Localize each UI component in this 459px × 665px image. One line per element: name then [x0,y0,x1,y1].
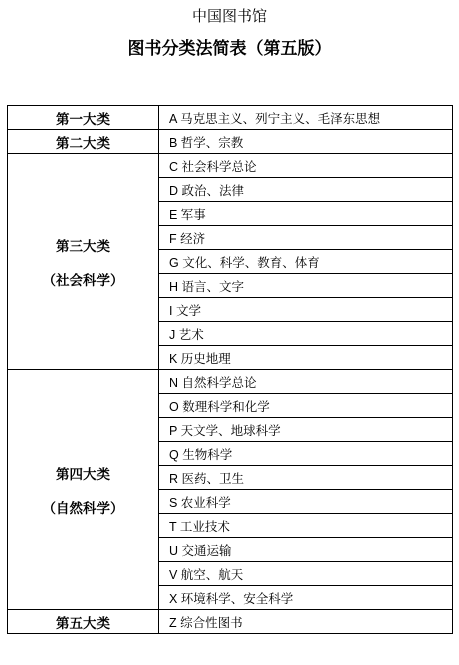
page-subtitle: 图书分类法简表（第五版） [0,39,459,59]
category-cell-group1: 第一大类 [8,106,159,130]
class-cell-F: F 经济 [159,226,453,250]
class-cell-U: U 交通运输 [159,538,453,562]
document-page: 中国图书馆 图书分类法简表（第五版） 第一大类 A 马克思主义、列宁主义、毛泽东… [0,8,459,665]
class-cell-Z: Z 综合性图书 [159,610,453,634]
class-cell-H: H 语言、文字 [159,274,453,298]
category-cell-group4: 第四大类 （自然科学） [8,370,159,610]
class-cell-T: T 工业技术 [159,514,453,538]
class-cell-Q: Q 生物科学 [159,442,453,466]
class-cell-J: J 艺术 [159,322,453,346]
category-sublabel: （自然科学） [8,497,158,517]
category-cell-group2: 第二大类 [8,130,159,154]
table-row: 第三大类 （社会科学） C 社会科学总论 [8,154,453,178]
category-cell-group5: 第五大类 [8,610,159,634]
class-cell-S: S 农业科学 [159,490,453,514]
class-cell-E: E 军事 [159,202,453,226]
category-label: 第一大类 [8,108,158,128]
category-cell-group3: 第三大类 （社会科学） [8,154,159,370]
class-cell-N: N 自然科学总论 [159,370,453,394]
class-cell-P: P 天文学、地球科学 [159,418,453,442]
class-cell-O: O 数理科学和化学 [159,394,453,418]
class-cell-A: A 马克思主义、列宁主义、毛泽东思想 [159,106,453,130]
class-cell-C: C 社会科学总论 [159,154,453,178]
table-row: 第二大类 B 哲学、宗教 [8,130,453,154]
table-row: 第五大类 Z 综合性图书 [8,610,453,634]
class-cell-G: G 文化、科学、教育、体育 [159,250,453,274]
class-cell-D: D 政治、法律 [159,178,453,202]
page-title: 中国图书馆 [0,8,459,26]
category-label: 第二大类 [8,132,158,152]
class-cell-B: B 哲学、宗教 [159,130,453,154]
class-cell-V: V 航空、航天 [159,562,453,586]
class-cell-K: K 历史地理 [159,346,453,370]
category-label: 第三大类 [8,235,158,255]
category-label: 第五大类 [8,612,158,632]
table-row: 第四大类 （自然科学） N 自然科学总论 [8,370,453,394]
class-cell-X: X 环境科学、安全科学 [159,586,453,610]
category-sublabel: （社会科学） [8,269,158,289]
class-cell-R: R 医药、卫生 [159,466,453,490]
category-label: 第四大类 [8,463,158,483]
class-cell-I: I 文学 [159,298,453,322]
table-row: 第一大类 A 马克思主义、列宁主义、毛泽东思想 [8,106,453,130]
classification-table: 第一大类 A 马克思主义、列宁主义、毛泽东思想 第二大类 B 哲学、宗教 第三大… [7,105,453,634]
